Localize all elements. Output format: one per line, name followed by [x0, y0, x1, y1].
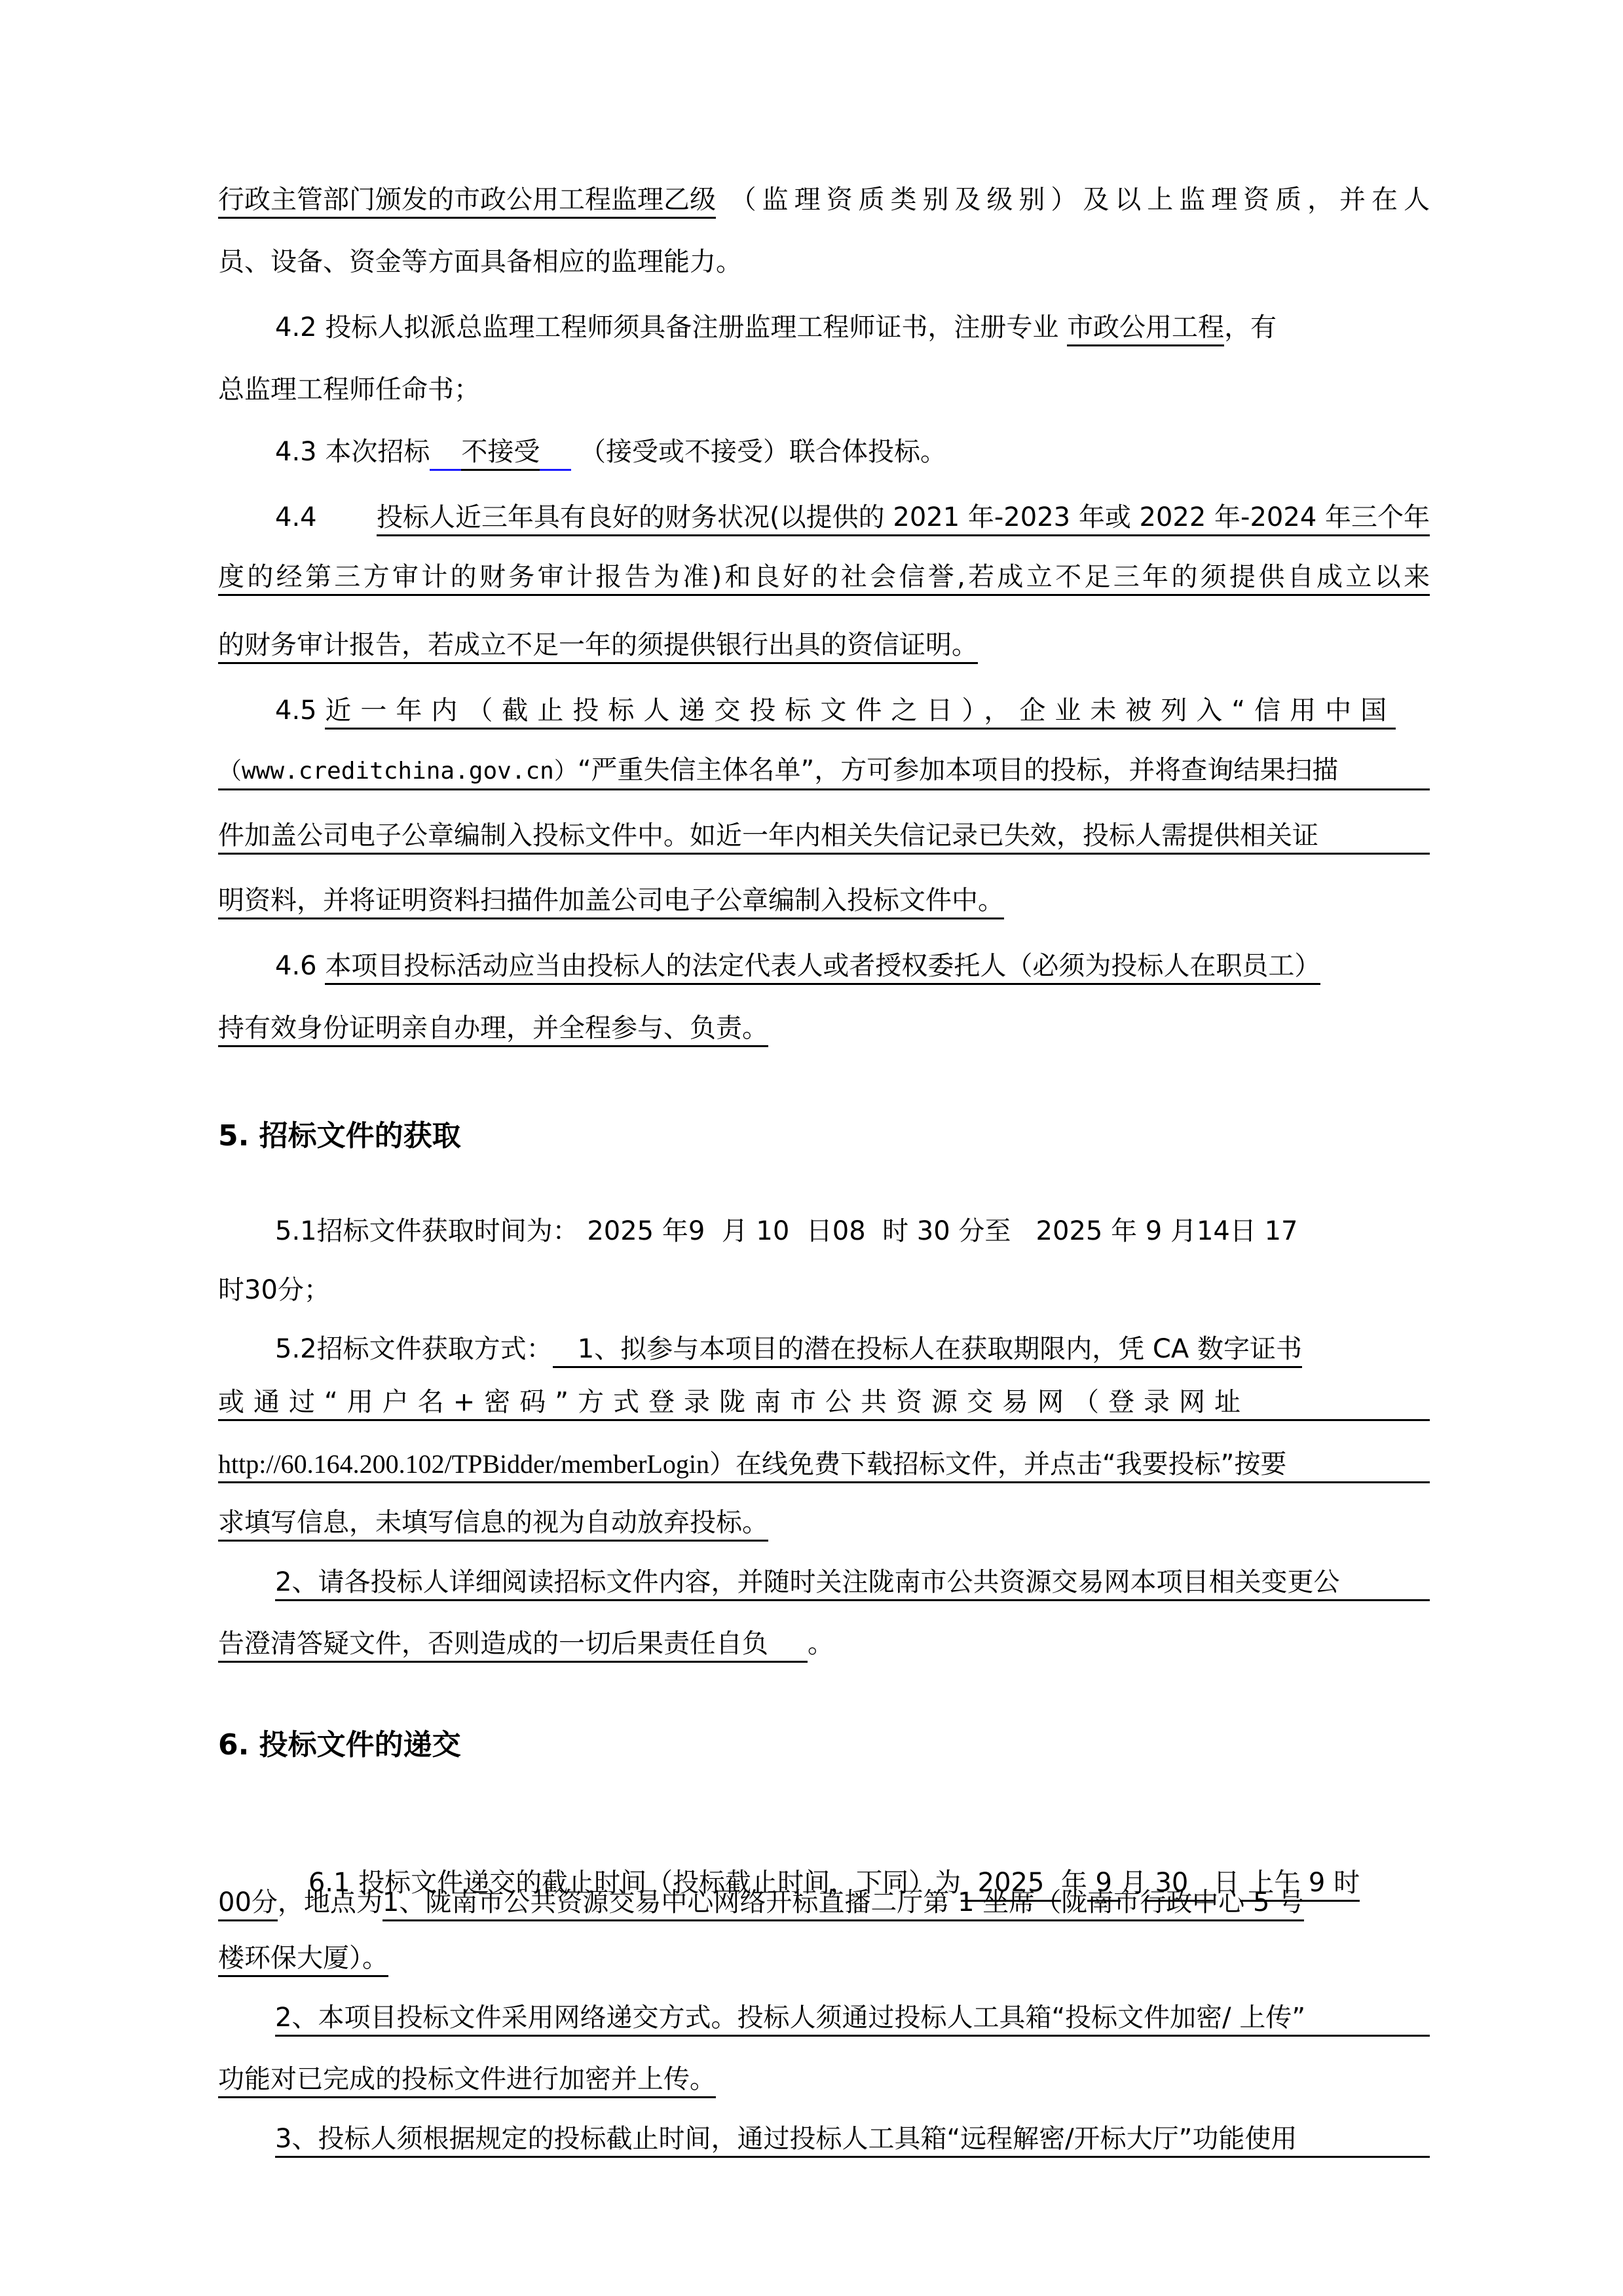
- item-number: 4.5: [275, 695, 317, 726]
- item-5-1-line2: 时30分；: [218, 1270, 1430, 1310]
- text: 功能对已完成的投标文件进行加密并上传。: [218, 2062, 716, 2098]
- text: 3、投标人须根据规定的投标截止时间，通过投标人工具箱“远程解密/开标大厅”功能使…: [275, 2122, 1430, 2158]
- item-5-2-line4: 求填写信息，未填写信息的视为自动放弃投标。: [218, 1503, 1430, 1542]
- blank-underline: [430, 435, 461, 471]
- text: 度的经第三方审计的财务审计报告为准)和良好的社会信誉,若成立不足三年的须提供自成…: [218, 560, 1430, 596]
- deadline-minutes: 00分: [218, 1885, 278, 1921]
- item-4-5-line1: 4.5 近一年内（截止投标人递交投标文件之日），企业未被列入“信用中国: [275, 691, 1430, 730]
- item-5-2-line1: 5.2招标文件获取方式： 1、拟参与本项目的潜在投标人在获取期限内，凭 CA 数…: [275, 1329, 1430, 1369]
- item-6-para3-line1: 3、投标人须根据规定的投标截止时间，通过投标人工具箱“远程解密/开标大厅”功能使…: [275, 2122, 1430, 2161]
- item-5-1-line1: 5.1招标文件获取时间为： 2025 年9 月 10 日08 时 30 分至 2…: [275, 1212, 1430, 1251]
- section-6-heading: 6. 投标文件的递交: [218, 1726, 1430, 1765]
- member-login-link[interactable]: http://60.164.200.102/TPBidder/memberLog…: [218, 1449, 709, 1479]
- item-6-1-line3: 楼环保大厦）。: [218, 1938, 1430, 1978]
- item-6-para2-line2: 功能对已完成的投标文件进行加密并上传。: [218, 2060, 1430, 2099]
- underlined-qualification: 行政主管部门颁发的市政公用工程监理乙级: [218, 183, 716, 219]
- text: 2、本项目投标文件采用网络递交方式。投标人须通过投标人工具箱“投标文件加密/ 上…: [275, 2001, 1430, 2037]
- item-number: 4.4: [275, 502, 317, 532]
- creditchina-link[interactable]: （www.creditchina.gov.cn）: [218, 758, 578, 785]
- text: 2、请各投标人详细阅读招标文件内容，并随时关注陇南市公共资源交易网本项目相关变更…: [275, 1565, 1430, 1601]
- blank-underline: [540, 435, 571, 471]
- item-5-2-para2-line1: 2、请各投标人详细阅读招标文件内容，并随时关注陇南市公共资源交易网本项目相关变更…: [275, 1565, 1430, 1604]
- item-4-4-line3: 的财务审计报告，若成立不足一年的须提供银行出具的资信证明。: [218, 625, 1430, 665]
- item-4-2-line2: 总监理工程师任命书；: [218, 370, 1430, 409]
- text: 告澄清答疑文件，否则造成的一切后果责任自负: [218, 1627, 808, 1663]
- submission-location-cont: 楼环保大厦）。: [218, 1941, 388, 1977]
- registration-specialty-value: 市政公用工程: [1067, 310, 1224, 346]
- para-qualification-line1: 行政主管部门颁发的市政公用工程监理乙级 （监理资质类别及级别）及以上监理资质，并…: [218, 180, 1430, 219]
- item-6-1-line1: 6.1 投标文件递交的截止时间（投标截止时间，下同）为 2025 年 9 月 3…: [275, 1824, 1430, 1863]
- item-5-2-para2-line2: 告澄清答疑文件，否则造成的一切后果责任自负。: [218, 1624, 1430, 1663]
- text: 或通过“用户名+密码”方式登录陇南市公共资源交易网（登录网址: [218, 1385, 1430, 1421]
- text: “严重失信主体名单”，方可参加本项目的投标，并将查询结果扫描: [578, 755, 1338, 785]
- item-6-1-line2: 00分，地点为 1、陇南市公共资源交易中心网络开标直播二厅第 1 坐席（陇南市行…: [218, 1883, 1430, 1922]
- text: （接受或不接受）联合体投标。: [571, 437, 946, 467]
- section-5-heading: 5. 招标文件的获取: [218, 1117, 1430, 1156]
- text: 投标人近三年具有良好的财务状况(以提供的 2021 年-2023 年或 2022…: [377, 500, 1430, 536]
- consortium-value: 不接受: [461, 435, 540, 471]
- item-4-6-line2: 持有效身份证明亲自办理，并全程参与、负责。: [218, 1009, 1430, 1048]
- text: 持有效身份证明亲自办理，并全程参与、负责。: [218, 1011, 768, 1047]
- item-number: 4.3: [275, 437, 317, 467]
- text: ，地点为: [278, 1887, 382, 1917]
- text: ，有: [1224, 312, 1277, 343]
- text: 近一年内（截止投标人递交投标文件之日），企业未被列入“信用中国: [325, 694, 1396, 730]
- text: ）在线免费下载招标文件，并点击“我要投标”按要: [709, 1449, 1286, 1479]
- text: 本项目投标活动应当由投标人的法定代表人或者授权委托人（必须为投标人在职员工）: [325, 949, 1320, 985]
- item-4-3: 4.3 本次招标 不接受 （接受或不接受）联合体投标。: [275, 432, 1430, 472]
- item-number: 4.6: [275, 951, 317, 981]
- item-5-2-line3: http://60.164.200.102/TPBidder/memberLog…: [218, 1447, 1430, 1487]
- submission-location: 1、陇南市公共资源交易中心网络开标直播二厅第 1 坐席（陇南市行政中心 5 号: [382, 1885, 1304, 1921]
- item-4-5-line2: （www.creditchina.gov.cn）“严重失信主体名单”，方可参加本…: [218, 753, 1430, 792]
- item-4-5-line4: 明资料，并将证明资料扫描件加盖公司电子公章编制入投标文件中。: [218, 881, 1430, 920]
- item-4-6-line1: 4.6 本项目投标活动应当由投标人的法定代表人或者授权委托人（必须为投标人在职员…: [275, 946, 1430, 986]
- item-4-4-line2: 度的经第三方审计的财务审计报告为准)和良好的社会信誉,若成立不足三年的须提供自成…: [218, 560, 1430, 599]
- text: 明资料，并将证明资料扫描件加盖公司电子公章编制入投标文件中。: [218, 883, 1004, 919]
- item-5-2-line2: 或通过“用户名+密码”方式登录陇南市公共资源交易网（登录网址: [218, 1385, 1430, 1424]
- text: （监理资质类别及级别）及以上监理资质，并在人: [716, 185, 1430, 215]
- item-number: 4.2: [275, 312, 317, 343]
- text: 1、拟参与本项目的潜在投标人在获取期限内，凭 CA 数字证书: [553, 1332, 1302, 1368]
- label: 5.2招标文件获取方式：: [275, 1334, 553, 1364]
- item-4-4-line1: 4.4 投标人近三年具有良好的财务状况(以提供的 2021 年-2023 年或 …: [275, 498, 1430, 537]
- text: 求填写信息，未填写信息的视为自动放弃投标。: [218, 1506, 768, 1542]
- para-qualification-line2: 员、设备、资金等方面具备相应的监理能力。: [218, 242, 1430, 282]
- item-4-2-line1: 4.2 投标人拟派总监理工程师须具备注册监理工程师证书，注册专业 市政公用工程 …: [275, 308, 1430, 347]
- item-6-para2-line1: 2、本项目投标文件采用网络递交方式。投标人须通过投标人工具箱“投标文件加密/ 上…: [275, 2001, 1430, 2040]
- text: 投标人拟派总监理工程师须具备注册监理工程师证书，注册专业: [317, 312, 1067, 343]
- text: 本次招标: [317, 437, 430, 467]
- text: 的财务审计报告，若成立不足一年的须提供银行出具的资信证明。: [218, 628, 978, 664]
- document-page: 行政主管部门颁发的市政公用工程监理乙级 （监理资质类别及级别）及以上监理资质，并…: [0, 0, 1623, 2296]
- item-4-5-line3: 件加盖公司电子公章编制入投标文件中。如近一年内相关失信记录已失效，投标人需提供相…: [218, 819, 1430, 858]
- text: 件加盖公司电子公章编制入投标文件中。如近一年内相关失信记录已失效，投标人需提供相…: [218, 819, 1430, 855]
- text: 。: [808, 1629, 834, 1659]
